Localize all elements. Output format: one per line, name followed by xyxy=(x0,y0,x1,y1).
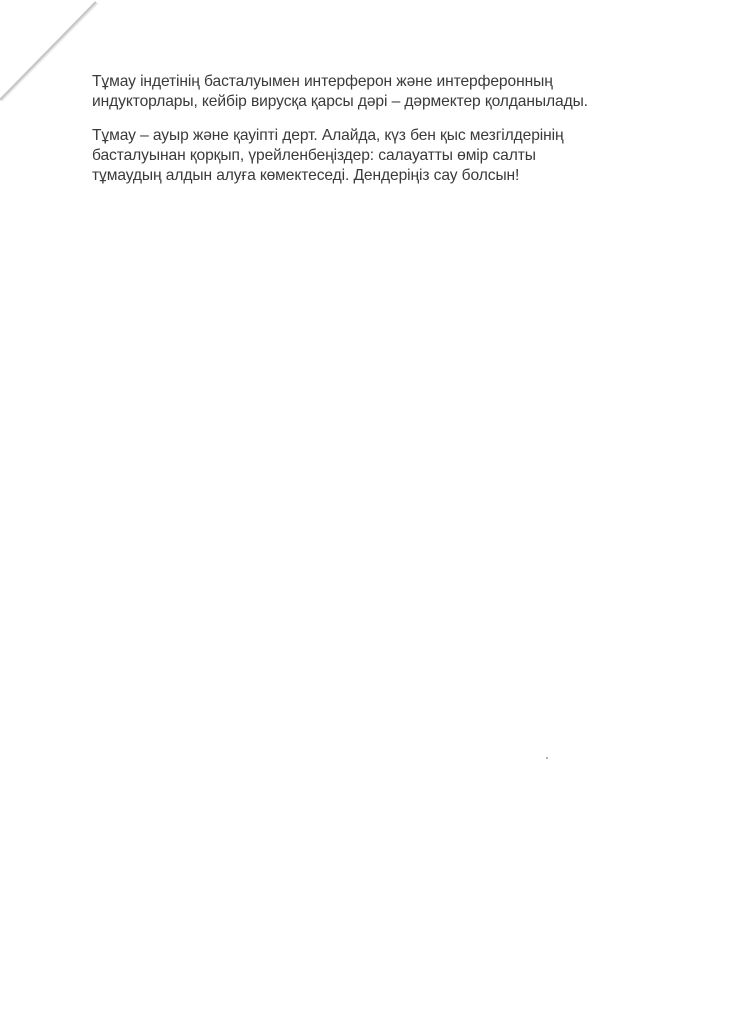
text-line: басталуынан қорқып, үрейленбеңіздер: сал… xyxy=(92,146,652,166)
document-body: Тұмау індетінің басталуымен интерферон ж… xyxy=(92,72,652,200)
text-line: Тұмау індетінің басталуымен интерферон ж… xyxy=(92,72,652,92)
scan-speck xyxy=(546,757,548,759)
text-line: Тұмау – ауыр және қауіпті дерт. Алайда, … xyxy=(92,126,652,146)
text-line: тұмаудың алдын алуға көмектеседі. Дендер… xyxy=(92,166,652,186)
scanned-page: Тұмау індетінің басталуымен интерферон ж… xyxy=(0,0,741,1024)
text-line: индукторлары, кейбір вирусқа қарсы дәрі … xyxy=(92,92,652,112)
paragraph-advice: Тұмау – ауыр және қауіпті дерт. Алайда, … xyxy=(92,126,652,186)
paragraph-treatment: Тұмау індетінің басталуымен интерферон ж… xyxy=(92,72,652,112)
